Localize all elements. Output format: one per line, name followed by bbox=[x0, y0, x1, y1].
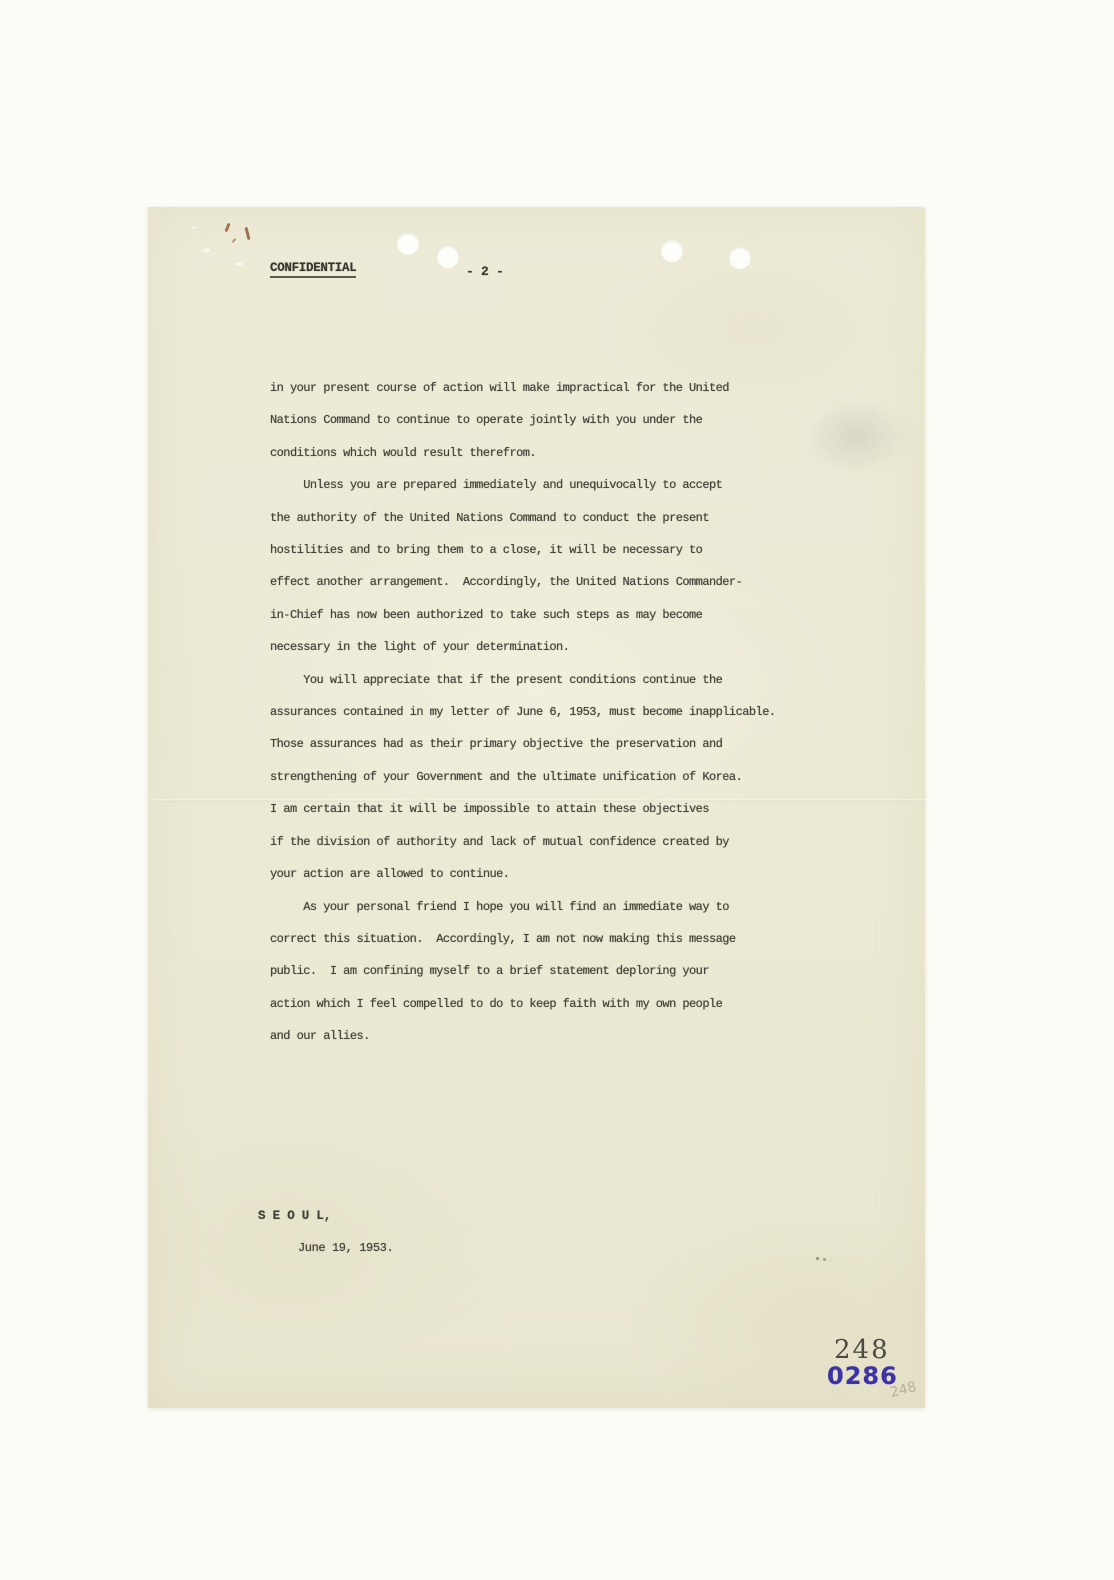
text-line: action which I feel compelled to do to k… bbox=[270, 988, 910, 1020]
paper-speck bbox=[235, 262, 243, 266]
text-line: As your personal friend I hope you will … bbox=[270, 891, 910, 923]
text-line: in your present course of action will ma… bbox=[270, 372, 910, 404]
letter-body: in your present course of action will ma… bbox=[270, 372, 910, 1053]
text-line: Unless you are prepared immediately and … bbox=[270, 469, 910, 501]
document-paper: CONFIDENTIAL - 2 - in your present cours… bbox=[148, 207, 925, 1408]
text-line: necessary in the light of your determina… bbox=[270, 631, 910, 663]
text-line: strengthening of your Government and the… bbox=[270, 761, 910, 793]
text-line: public. I am confining myself to a brief… bbox=[270, 955, 910, 987]
text-line: Those assurances had as their primary ob… bbox=[270, 728, 910, 760]
text-line: effect another arrangement. Accordingly,… bbox=[270, 566, 910, 598]
paper-speck bbox=[203, 248, 210, 253]
text-line: if the division of authority and lack of… bbox=[270, 826, 910, 858]
scan-background: CONFIDENTIAL - 2 - in your present cours… bbox=[0, 0, 1114, 1580]
paper-speck bbox=[192, 226, 196, 229]
rust-mark bbox=[232, 238, 237, 243]
paragraph: As your personal friend I hope you will … bbox=[270, 891, 910, 1053]
signature-place: S E O U L, bbox=[258, 1200, 331, 1232]
signature-date: June 19, 1953. bbox=[298, 1232, 393, 1264]
paragraph: You will appreciate that if the present … bbox=[270, 664, 910, 891]
classification-header: CONFIDENTIAL bbox=[270, 261, 356, 278]
text-line: assurances contained in my letter of Jun… bbox=[270, 696, 910, 728]
paragraph: Unless you are prepared immediately and … bbox=[270, 469, 910, 663]
text-line: your action are allowed to continue. bbox=[270, 858, 910, 890]
text-line: in-Chief has now been authorized to take… bbox=[270, 599, 910, 631]
text-line: and our allies. bbox=[270, 1020, 910, 1052]
paragraph: in your present course of action will ma… bbox=[270, 372, 910, 469]
punch-hole bbox=[661, 240, 683, 262]
text-line: Nations Command to continue to operate j… bbox=[270, 404, 910, 436]
pencil-specks bbox=[816, 1257, 819, 1260]
rust-mark bbox=[224, 223, 230, 232]
punch-hole bbox=[397, 233, 419, 255]
text-line: the authority of the United Nations Comm… bbox=[270, 502, 910, 534]
page-number: - 2 - bbox=[466, 264, 504, 279]
stamp-number-black: 248 bbox=[834, 1337, 890, 1363]
text-line: hostilities and to bring them to a close… bbox=[270, 534, 910, 566]
punch-hole bbox=[729, 247, 751, 269]
punch-hole bbox=[437, 246, 459, 268]
text-line: conditions which would result therefrom. bbox=[270, 437, 910, 469]
text-line: You will appreciate that if the present … bbox=[270, 664, 910, 696]
fold-line bbox=[148, 799, 925, 802]
text-line: correct this situation. Accordingly, I a… bbox=[270, 923, 910, 955]
stamp-number-blue: 0286 bbox=[827, 1364, 898, 1388]
rust-mark bbox=[244, 227, 250, 240]
